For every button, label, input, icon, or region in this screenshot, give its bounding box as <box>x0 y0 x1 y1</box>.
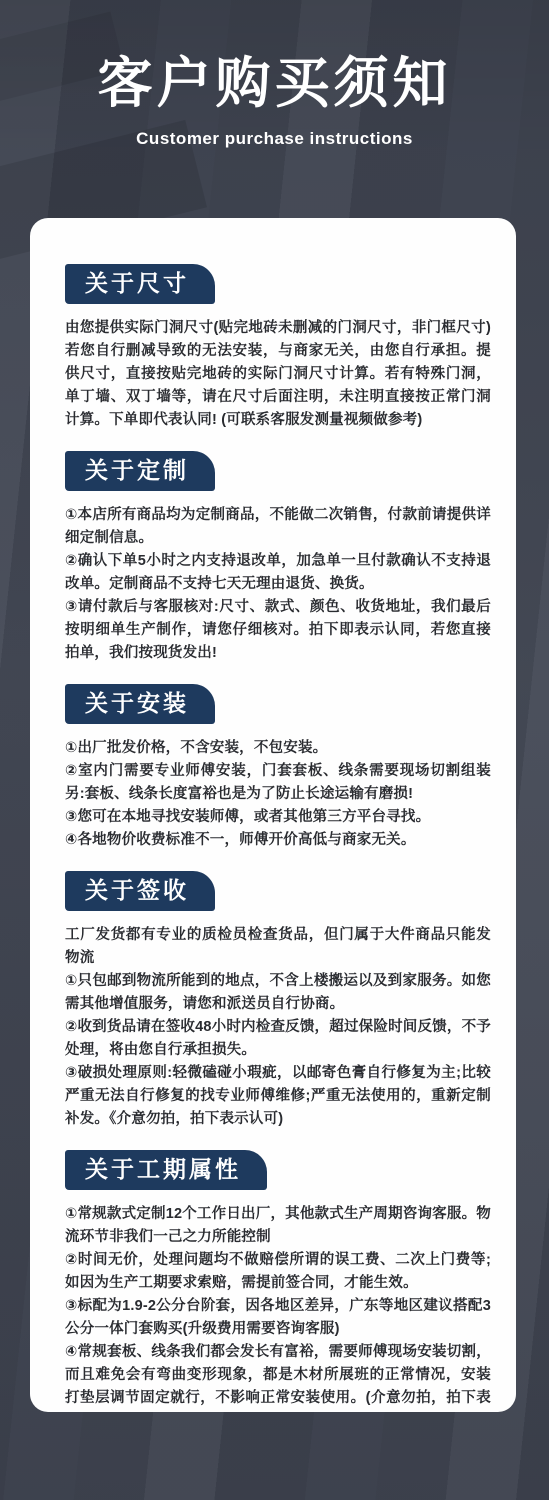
section-paragraph: ④各地物价收费标准不一，师傅开价高低与商家无关。 <box>65 829 491 852</box>
section-paragraph: ①只包邮到物流所能到的地点，不含上楼搬运以及到家服务。如您需其他增值服务，请您和… <box>65 970 491 1016</box>
page-subtitle: Customer purchase instructions <box>0 129 549 149</box>
notice-section: 关于工期属性 ①常规款式定制12个工作日出厂，其他款式生产周期咨询客服。物流环节… <box>65 1150 491 1412</box>
section-paragraph: ②收到货品请在签收48小时内检查反馈，超过保险时间反馈，不予处理，将由您自行承担… <box>65 1016 491 1062</box>
notice-section: 关于安装 ①出厂批发价格，不含安装，不包安装。②室内门需要专业师傅安装，门套套板… <box>65 684 491 852</box>
section-paragraph: ①常规款式定制12个工作日出厂，其他款式生产周期咨询客服。物流环节非我们一己之力… <box>65 1203 491 1249</box>
notice-card: 关于尺寸 由您提供实际门洞尺寸(贴完地砖未删减的门洞尺寸，非门框尺寸)若您自行删… <box>30 218 516 1412</box>
section-title-badge: 关于签收 <box>65 871 215 911</box>
section-paragraph: ②室内门需要专业师傅安装，门套套板、线条需要现场切割组装另:套板、线条长度富裕也… <box>65 760 491 806</box>
section-body: ①常规款式定制12个工作日出厂，其他款式生产周期咨询客服。物流环节非我们一己之力… <box>65 1203 491 1412</box>
notice-poster: 客户购买须知 Customer purchase instructions 关于… <box>0 0 549 1500</box>
notice-section: 关于尺寸 由您提供实际门洞尺寸(贴完地砖未删减的门洞尺寸，非门框尺寸)若您自行删… <box>65 264 491 432</box>
section-paragraph: ②时间无价，处理问题均不做赔偿所谓的误工费、二次上门费等;如因为生产工期要求索赔… <box>65 1249 491 1295</box>
section-body: 由您提供实际门洞尺寸(贴完地砖未删减的门洞尺寸，非门框尺寸)若您自行删减导致的无… <box>65 317 491 432</box>
section-body: ①出厂批发价格，不含安装，不包安装。②室内门需要专业师傅安装，门套套板、线条需要… <box>65 737 491 852</box>
notice-section: 关于定制 ①本店所有商品均为定制商品，不能做二次销售，付款前请提供详细定制信息。… <box>65 451 491 665</box>
section-paragraph: ④常规套板、线条我们都会发长有富裕，需要师傅现场安装切割，而且难免会有弯曲变形现… <box>65 1341 491 1412</box>
section-title-badge: 关于定制 <box>65 451 215 491</box>
section-paragraph: ③破损处理原则:轻微磕碰小瑕疵，以邮寄色膏自行修复为主;比较严重无法自行修复的找… <box>65 1062 491 1131</box>
page-title: 客户购买须知 <box>0 52 549 115</box>
section-paragraph: ③标配为1.9-2公分台阶套，因各地区差异，广东等地区建议搭配3公分一体门套购买… <box>65 1295 491 1341</box>
sections-container: 关于尺寸 由您提供实际门洞尺寸(贴完地砖未删减的门洞尺寸，非门框尺寸)若您自行删… <box>65 264 491 1412</box>
section-paragraph: 由您提供实际门洞尺寸(贴完地砖未删减的门洞尺寸，非门框尺寸)若您自行删减导致的无… <box>65 317 491 432</box>
header: 客户购买须知 Customer purchase instructions <box>0 0 549 149</box>
section-paragraph: ①本店所有商品均为定制商品，不能做二次销售，付款前请提供详细定制信息。 <box>65 504 491 550</box>
section-title-badge: 关于安装 <box>65 684 215 724</box>
section-title-badge: 关于工期属性 <box>65 1150 267 1190</box>
section-paragraph: 工厂发货都有专业的质检员检查货品，但门属于大件商品只能发物流 <box>65 924 491 970</box>
section-paragraph: ③您可在本地寻找安装师傅，或者其他第三方平台寻找。 <box>65 806 491 829</box>
notice-section: 关于签收 工厂发货都有专业的质检员检查货品，但门属于大件商品只能发物流①只包邮到… <box>65 871 491 1131</box>
section-body: 工厂发货都有专业的质检员检查货品，但门属于大件商品只能发物流①只包邮到物流所能到… <box>65 924 491 1131</box>
section-paragraph: ②确认下单5小时之内支持退改单，加急单一旦付款确认不支持退改单。定制商品不支持七… <box>65 550 491 596</box>
section-paragraph: ①出厂批发价格，不含安装，不包安装。 <box>65 737 491 760</box>
section-title-badge: 关于尺寸 <box>65 264 215 304</box>
section-paragraph: ③请付款后与客服核对:尺寸、款式、颜色、收货地址，我们最后按明细单生产制作，请您… <box>65 596 491 665</box>
section-body: ①本店所有商品均为定制商品，不能做二次销售，付款前请提供详细定制信息。②确认下单… <box>65 504 491 665</box>
